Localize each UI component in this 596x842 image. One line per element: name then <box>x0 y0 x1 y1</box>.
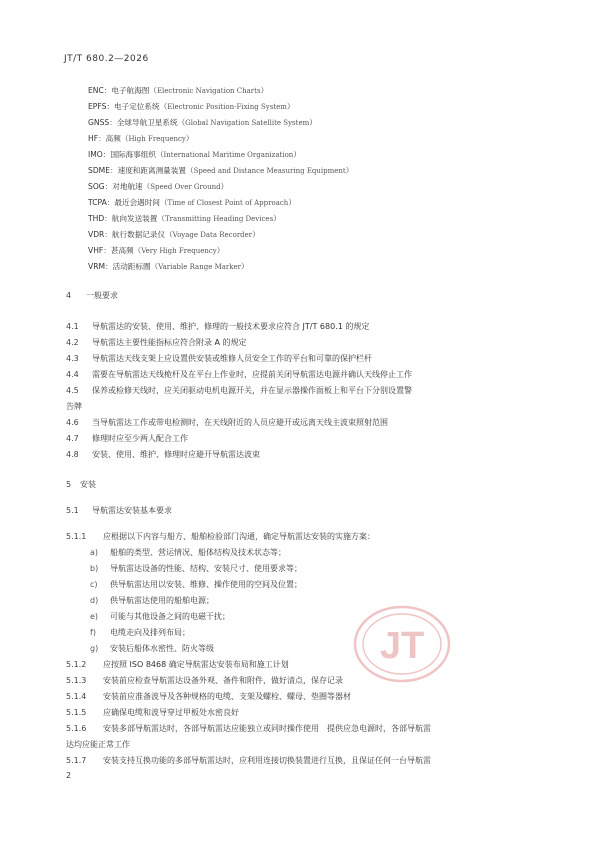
abbreviation-item: EPFS：电子定位系统（Electronic Position-Fixing S… <box>88 101 295 112</box>
clause-4-1: 4.1导航雷达的安装、使用、维护、修理的一般技术要求应符合 JT/T 680.1… <box>66 321 369 332</box>
list-item-b: b)导航雷达设备的性能、结构、安装尺寸、使用要求等； <box>90 563 302 574</box>
list-item-a: a)船舶的类型、营运情况、船体结构及技术状态等； <box>90 547 286 558</box>
list-item-d: d)供导航雷达使用的船舶电源； <box>90 595 214 606</box>
clause-4-5-continuation: 告牌 <box>66 401 82 412</box>
list-item-c: c)供导航雷达用以安装、维修、操作使用的空间及位置； <box>90 579 302 590</box>
abbreviation-item: VDR：航行数据记录仪（Voyage Data Recorder） <box>88 229 260 240</box>
clause-4-3: 4.3导航雷达天线支架上应设置供安装或维修人员安全工作的平台和可靠的保护栏杆 <box>66 353 372 364</box>
abbreviation-item: SOG：对地航速（Speed Over Ground） <box>88 181 228 192</box>
clause-5-1-4: 5.1.4安装前应准备波导及各种规格的电缆、支架及螺栓、螺母、垫圈等器材 <box>66 691 351 702</box>
document-page: JT/T 680.2—2026 ENC：电子航海图（Electronic Nav… <box>0 0 596 842</box>
abbreviation-item: VRM：活动距标圈（Variable Range Marker） <box>88 261 249 272</box>
clause-4-4: 4.4需要在导航雷达天线桅杆及在平台上作业时，应提前关闭导航雷达电源并确认天线停… <box>66 369 412 380</box>
jt-watermark-stamp-icon: JT <box>352 604 452 684</box>
clause-4-7: 4.7修理时应至少两人配合工作 <box>66 433 188 444</box>
list-item-f: f)电缆走向及排列布局； <box>90 627 190 638</box>
abbreviation-item: IMO：国际海事组织（International Maritime Organi… <box>88 149 301 160</box>
abbreviation-item: ENC：电子航海图（Electronic Navigation Charts） <box>88 85 268 96</box>
clause-4-5: 4.5保养或检修天线时，应关闭驱动电机电源开关，并在显示器操作面板上和平台下分别… <box>66 385 412 396</box>
section-4-heading: 4一般要求 <box>66 290 118 301</box>
clause-5-1-3: 5.1.3安装前应检查导航雷达设备外观、备件和附件，做好清点，保存记录 <box>66 675 343 686</box>
clause-4-6: 4.6当导航雷达工作或带电检测时，在天线附近的人员应避开或远离天线主波束照射范围 <box>66 417 388 428</box>
abbreviation-item: SDME：速度和距离测量装置（Speed and Distance Measur… <box>88 165 353 176</box>
clause-5-1-2: 5.1.2应按照 ISO 8468 确定导航雷达安装布局和施工计划 <box>66 659 289 670</box>
clause-5-1-7: 5.1.7安装支持互换功能的多部导航雷达时，应利用连接切换装置进行互换，且保证任… <box>66 755 431 766</box>
clause-5-1-1: 5.1.1应根据以下内容与船方、船舶检验部门沟通，确定导航雷达安装的实施方案： <box>66 531 375 542</box>
clause-4-2: 4.2导航雷达主要性能指标应符合附录 A 的规定 <box>66 337 247 348</box>
abbreviation-item: GNSS：全球导航卫星系统（Global Navigation Satellit… <box>88 117 317 128</box>
clause-5-1-6-continuation: 达均应能正常工作 <box>66 739 130 750</box>
abbreviation-item: HF：高频（High Frequency） <box>88 133 193 144</box>
page-number: 2 <box>66 771 71 780</box>
abbreviation-item: THD：航向发送装置（Transmitting Heading Devices） <box>88 213 281 224</box>
clause-4-8: 4.8安装、使用、维护、修理时应避开导航雷达波束 <box>66 449 260 460</box>
abbreviation-item: VHF：甚高频（Very High Frequency） <box>88 245 224 256</box>
standard-code-header: JT/T 680.2—2026 <box>64 54 149 64</box>
list-item-e: e)可能与其他设备之间的电磁干扰； <box>90 611 230 622</box>
clause-5-1-5: 5.1.5应确保电缆和波导穿过甲板处水密良好 <box>66 707 239 718</box>
abbreviation-item: TCPA：最近会遇时间（Time of Closest Point of App… <box>88 197 296 208</box>
svg-text:JT: JT <box>380 625 424 667</box>
section-5-heading: 5安装 <box>66 479 96 490</box>
clause-5-1-6: 5.1.6安装多部导航雷达时，各部导航雷达应能独立或同时操作使用 提供应急电源时… <box>66 723 431 734</box>
section-5-1-heading: 5.1导航雷达安装基本要求 <box>66 505 172 516</box>
list-item-g: g)安装后船体水密性、防火等级 <box>90 643 214 654</box>
